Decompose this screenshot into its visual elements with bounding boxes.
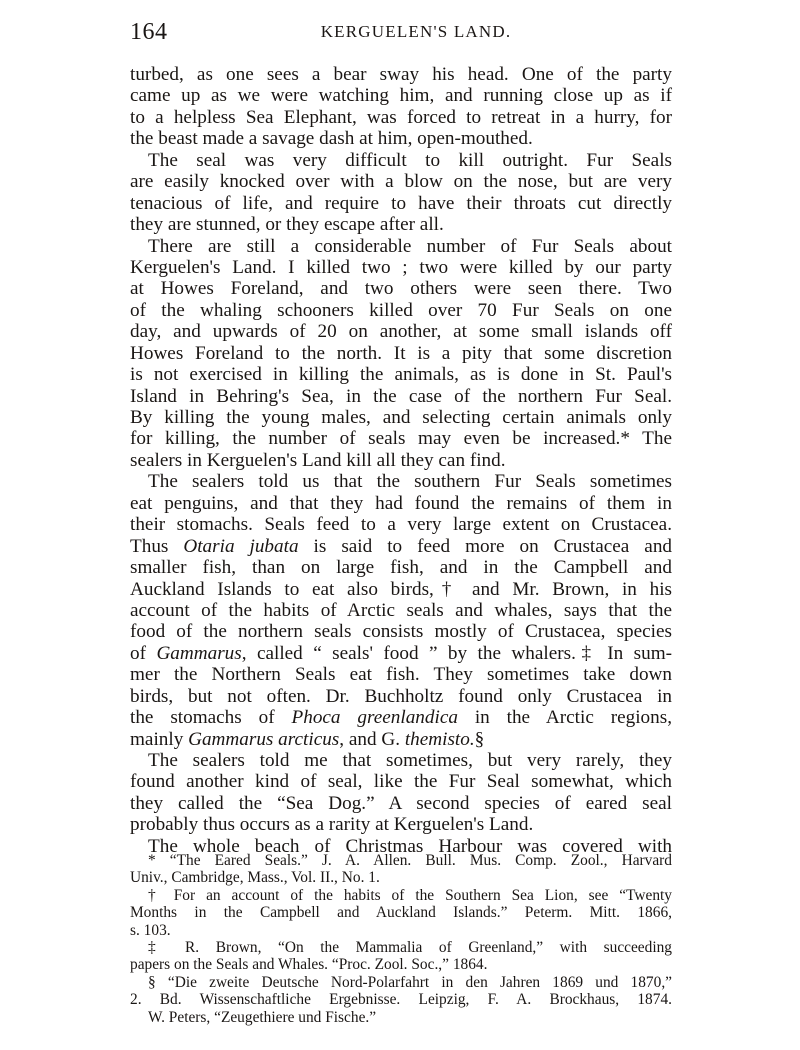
body-line: at Howes Foreland, and two others were s… [130,278,672,299]
body-line: mainly Gammarus arcticus, and G. themist… [130,729,672,750]
body-text: turbed, as one sees a bear sway his head… [130,64,672,857]
italic-term: themisto. [405,729,475,750]
body-line: The sealers told me that sometimes, but … [130,750,672,771]
body-line: Island in Behring's Sea, in the case of … [130,386,672,407]
italic-term: Phoca greenlandica [292,707,458,728]
body-line: tenacious of life, and require to have t… [130,193,672,214]
footnotes-line: ‡ R. Brown, “On the Mammalia of Greenlan… [130,939,672,956]
body-line: There are still a considerable number of… [130,236,672,257]
footnotes-line: 2. Bd. Wissenschaftliche Ergebnisse. Lei… [130,991,672,1008]
body-line: The seal was very difficult to kill outr… [130,150,672,171]
footnotes-line: W. Peters, “Zeugethiere und Fische.” [130,1009,672,1026]
body-line: Auckland Islands to eat also birds,† and… [130,579,672,600]
body-line: the stomachs of Phoca greenlandica in th… [130,707,672,728]
body-line: Howes Foreland to the north. It is a pit… [130,343,672,364]
footnotes-line: Months in the Campbell and Auckland Isla… [130,904,672,921]
body-line: their stomachs. Seals feed to a very lar… [130,514,672,535]
body-line: of Gammarus, called “ seals' food ” by t… [130,643,672,664]
body-line: of the whaling schooners killed over 70 … [130,300,672,321]
body-line: to a helpless Sea Elephant, was forced t… [130,107,672,128]
body-line: found another kind of seal, like the Fur… [130,771,672,792]
body-line: is not exercised in killing the animals,… [130,364,672,385]
text-run: the stomachs of [130,707,292,728]
body-line: By killing the young males, and selectin… [130,407,672,428]
footnotes-line: Univ., Cambridge, Mass., Vol. II., No. 1… [130,869,672,886]
body-line: Kerguelen's Land. I killed two ; two wer… [130,257,672,278]
text-run: , and G. [339,729,405,750]
body-line: The sealers told us that the southern Fu… [130,471,672,492]
footnotes-line: † For an account of the habits of the So… [130,887,672,904]
text-run: § [475,729,485,750]
body-line: eat penguins, and that they had found th… [130,493,672,514]
body-line: for killing, the number of seals may eve… [130,428,672,449]
footnotes-line: s. 103. [130,922,672,939]
italic-term: Gammarus [156,643,241,664]
body-line: are easily knocked over with a blow on t… [130,171,672,192]
body-line: probably thus occurs as a rarity at Kerg… [130,814,672,835]
body-line: mer the Northern Seals eat fish. They so… [130,664,672,685]
body-line: came up as we were watching him, and run… [130,85,672,106]
body-line: day, and upwards of 20 on another, at so… [130,321,672,342]
body-line: turbed, as one sees a bear sway his head… [130,64,672,85]
page-header: 164 KERGUELEN'S LAND. [130,16,672,48]
footnotes-line: papers on the Seals and Whales. “Proc. Z… [130,956,672,973]
footnotes-line: * “The Eared Seals.” J. A. Allen. Bull. … [130,852,672,869]
text-run: Thus [130,536,183,557]
body-line: they called the “Sea Dog.” A second spec… [130,793,672,814]
footnotes-line: § “Die zweite Deutsche Nord-Polarfahrt i… [130,974,672,991]
running-head: KERGUELEN'S LAND. [130,16,672,48]
footnotes: * “The Eared Seals.” J. A. Allen. Bull. … [130,852,672,1026]
body-line: birds, but not often. Dr. Buchholtz foun… [130,686,672,707]
text-run: is said to feed more on Crustacea and [299,536,672,557]
body-line: account of the habits of Arctic seals an… [130,600,672,621]
italic-term: Otaria jubata [183,536,298,557]
body-line: the beast made a savage dash at him, ope… [130,128,672,149]
text-run: of [130,643,156,664]
body-line: food of the northern seals consists most… [130,621,672,642]
book-page: 164 KERGUELEN'S LAND. turbed, as one see… [0,0,800,1050]
text-run: mainly [130,729,188,750]
body-line: sealers in Kerguelen's Land kill all the… [130,450,672,471]
body-line: they are stunned, or they escape after a… [130,214,672,235]
text-run: in the Arctic regions, [458,707,672,728]
italic-term: Gammarus arcticus [188,729,339,750]
body-line: Thus Otaria jubata is said to feed more … [130,536,672,557]
body-line: smaller fish, than on large fish, and in… [130,557,672,578]
text-run: , called “ seals' food ” by the whalers.… [242,643,672,664]
